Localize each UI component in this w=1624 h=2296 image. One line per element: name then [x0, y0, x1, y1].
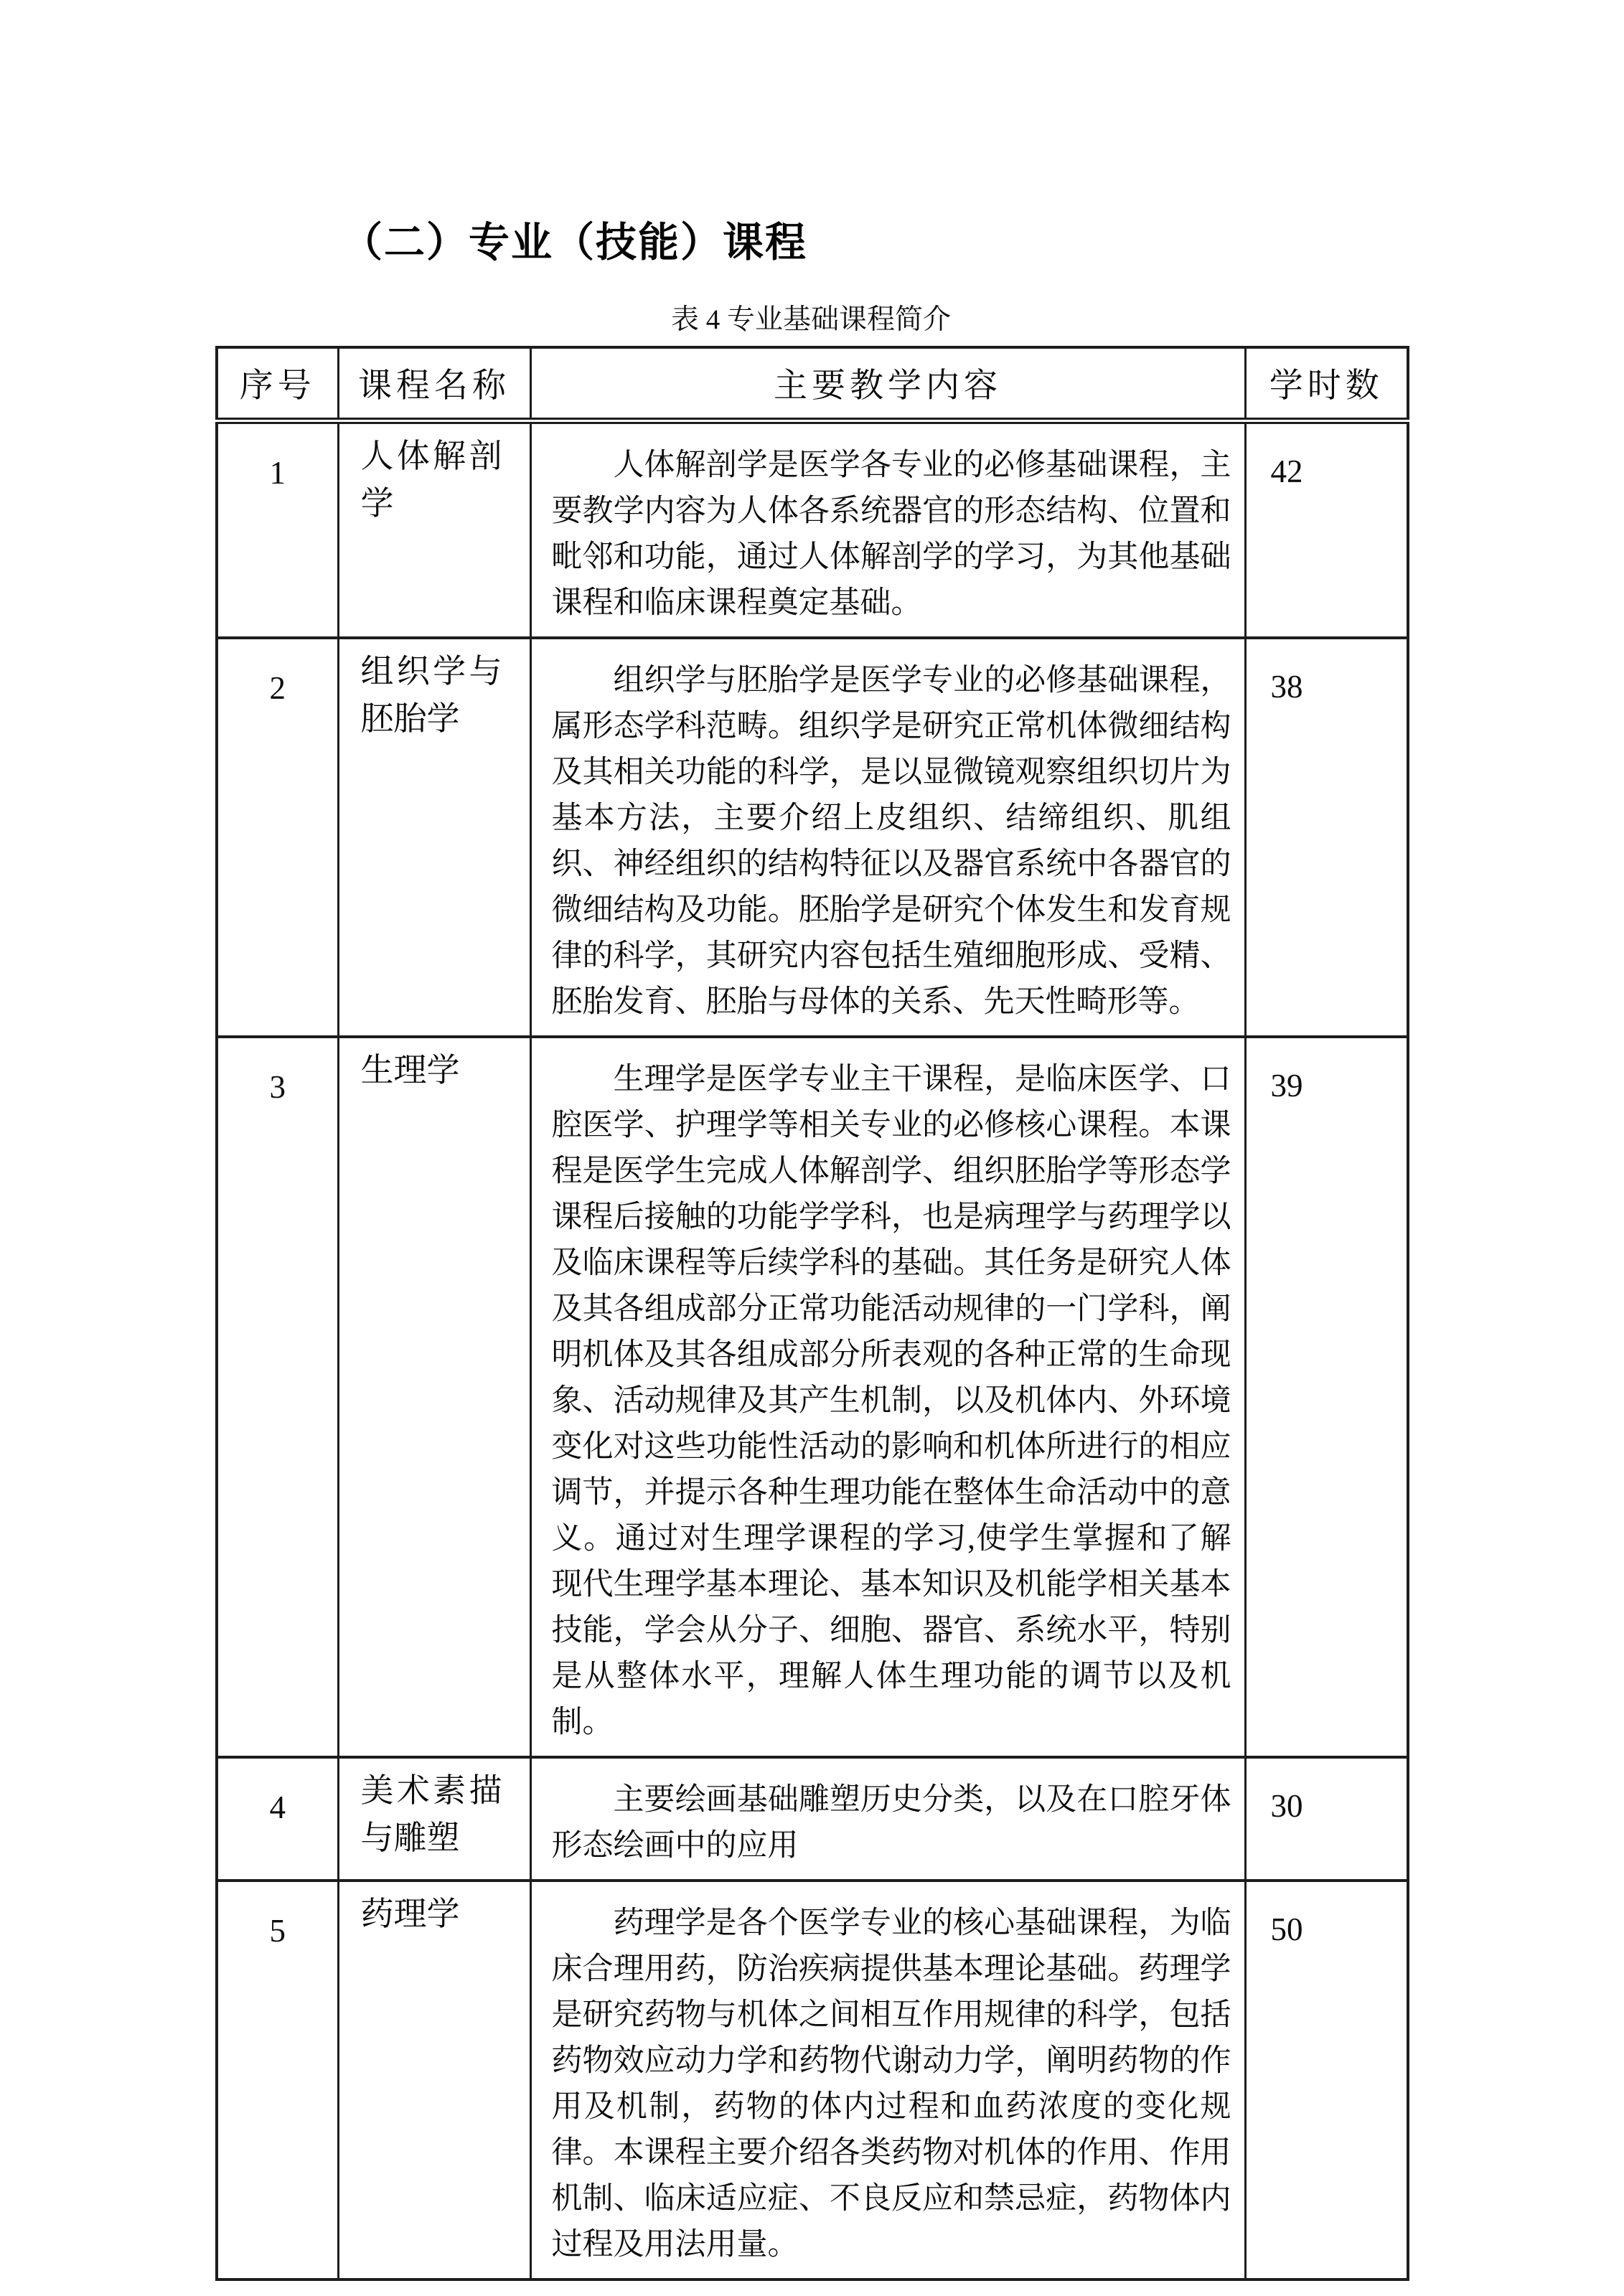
table-row: 5 药理学 药理学是各个医学专业的核心基础课程，为临床合理用药，防治疾病提供基本… [217, 1881, 1408, 2279]
course-content: 组织学与胚胎学是医学专业的必修基础课程，属形态学科范畴。组织学是研究正常机体微细… [530, 638, 1245, 1037]
course-hours: 50 [1245, 1881, 1408, 2279]
course-name: 生理学 [338, 1037, 530, 1757]
course-content: 人体解剖学是医学各专业的必修基础课程，主要教学内容为人体各系统器官的形态结构、位… [530, 420, 1245, 638]
table-row: 1 人体解剖学 人体解剖学是医学各专业的必修基础课程，主要教学内容为人体各系统器… [217, 420, 1408, 638]
header-class-hours: 学时数 [1245, 347, 1408, 420]
header-no: 序号 [217, 347, 338, 420]
row-number: 4 [217, 1757, 338, 1881]
row-number: 3 [217, 1037, 338, 1757]
course-content: 主要绘画基础雕塑历史分类，以及在口腔牙体形态绘画中的应用 [530, 1757, 1245, 1881]
course-name: 美术素描与雕塑 [338, 1757, 530, 1881]
row-number: 1 [217, 420, 338, 638]
course-table-body: 1 人体解剖学 人体解剖学是医学各专业的必修基础课程，主要教学内容为人体各系统器… [217, 420, 1408, 2279]
table-caption: 表 4 专业基础课程简介 [215, 297, 1407, 337]
course-name: 人体解剖学 [338, 420, 530, 638]
course-hours: 30 [1245, 1757, 1408, 1881]
header-teaching-content: 主要教学内容 [530, 347, 1245, 420]
course-table-header: 序号 课程名称 主要教学内容 学时数 [217, 347, 1408, 420]
row-number: 5 [217, 1881, 338, 2279]
header-row: 序号 课程名称 主要教学内容 学时数 [217, 347, 1408, 420]
course-table: 序号 课程名称 主要教学内容 学时数 1 人体解剖学 人体解剖学是医学各专业的必… [215, 346, 1409, 2281]
course-hours: 42 [1245, 420, 1408, 638]
course-name: 药理学 [338, 1881, 530, 2279]
header-course-name: 课程名称 [338, 347, 530, 420]
course-hours: 38 [1245, 638, 1408, 1037]
course-name: 组织学与胚胎学 [338, 638, 530, 1037]
table-row: 4 美术素描与雕塑 主要绘画基础雕塑历史分类，以及在口腔牙体形态绘画中的应用 3… [217, 1757, 1408, 1881]
course-content: 生理学是医学专业主干课程，是临床医学、口腔医学、护理学等相关专业的必修核心课程。… [530, 1037, 1245, 1757]
course-content: 药理学是各个医学专业的核心基础课程，为临床合理用药，防治疾病提供基本理论基础。药… [530, 1881, 1245, 2279]
table-row: 3 生理学 生理学是医学专业主干课程，是临床医学、口腔医学、护理学等相关专业的必… [217, 1037, 1408, 1757]
course-hours: 39 [1245, 1037, 1408, 1757]
table-row: 2 组织学与胚胎学 组织学与胚胎学是医学专业的必修基础课程，属形态学科范畴。组织… [217, 638, 1408, 1037]
row-number: 2 [217, 638, 338, 1037]
document-page: （二）专业（技能）课程 表 4 专业基础课程简介 序号 课程名称 主要教学内容 … [0, 0, 1624, 2296]
section-title: （二）专业（技能）课程 [342, 210, 807, 268]
